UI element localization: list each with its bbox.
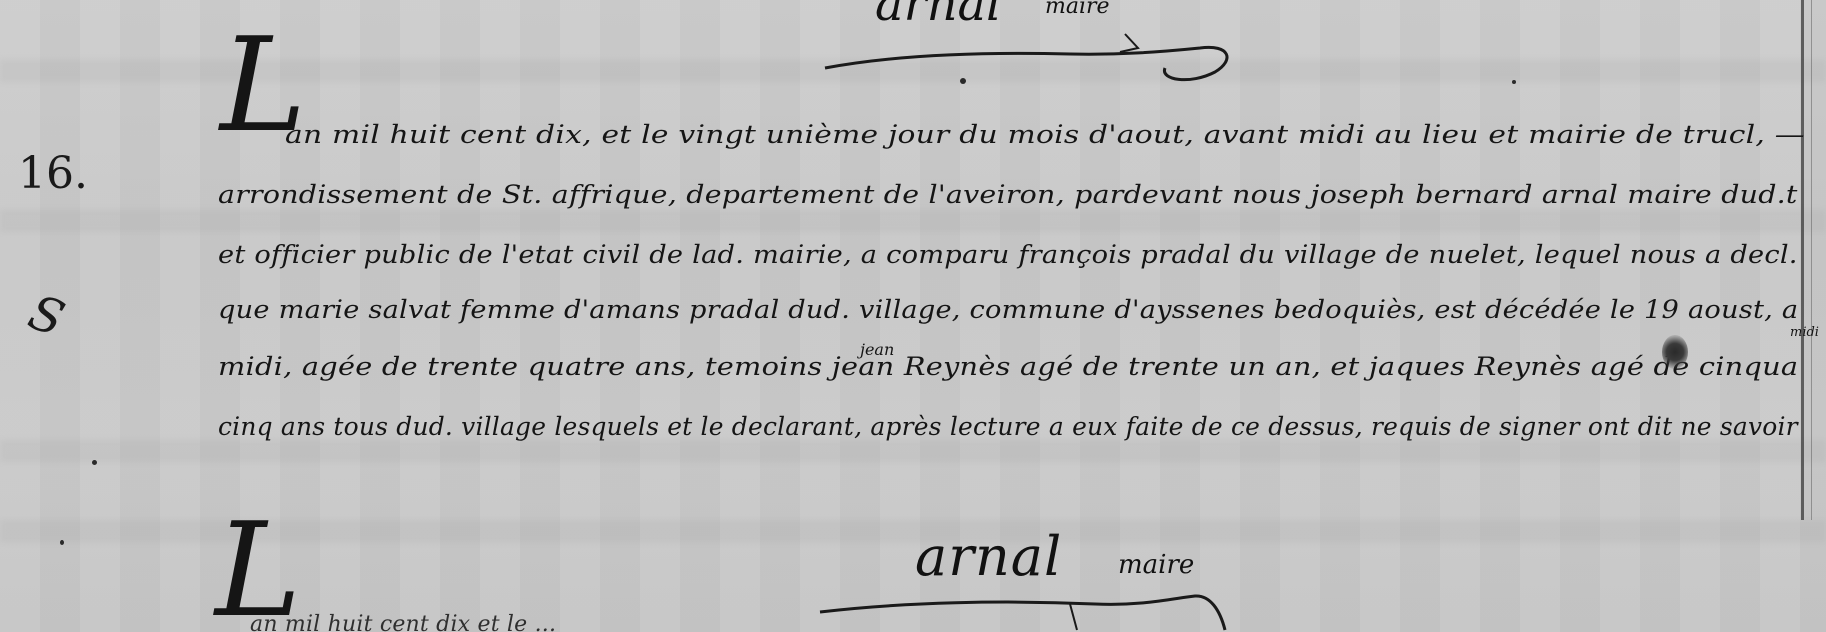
ink-mark bbox=[960, 78, 966, 84]
bleed-through bbox=[0, 440, 1826, 462]
interlinear-insertion: jean bbox=[860, 340, 894, 359]
signature-flourish-icon bbox=[820, 30, 1240, 90]
margin-mark: S bbox=[21, 284, 71, 348]
mayor-signature-title: maire bbox=[1118, 550, 1194, 580]
right-margin-rule bbox=[1801, 0, 1804, 520]
next-entry-partial-line: an mil huit cent dix et le ... bbox=[250, 612, 556, 632]
right-margin-rule-inner bbox=[1811, 0, 1812, 520]
ink-blot bbox=[1662, 335, 1688, 369]
record-line-2: arrondissement de St. affrique, departem… bbox=[218, 180, 1798, 209]
record-line-3: et officier public de l'etat civil de la… bbox=[218, 240, 1798, 269]
signature-flourish-icon bbox=[815, 590, 1235, 632]
bleed-through bbox=[0, 210, 1826, 232]
mayor-signature: arnal bbox=[915, 525, 1062, 588]
ink-mark bbox=[1512, 80, 1516, 84]
register-page: arnal maire 16. S L an mil huit cent dix… bbox=[0, 0, 1826, 632]
ink-mark bbox=[92, 460, 97, 465]
margin-note: midi bbox=[1790, 325, 1819, 340]
ink-mark bbox=[60, 540, 64, 545]
record-line-5: midi, agée de trente quatre ans, temoins… bbox=[218, 352, 1798, 381]
record-line-4: que marie salvat femme d'amans pradal du… bbox=[218, 295, 1798, 324]
previous-entry-signature: arnal bbox=[875, 0, 1001, 32]
previous-entry-signature-title: maire bbox=[1045, 0, 1110, 19]
entry-number: 16. bbox=[18, 148, 88, 199]
record-line-6: cinq ans tous dud. village lesquels et l… bbox=[218, 412, 1798, 441]
record-line-1: an mil huit cent dix, et le vingt unième… bbox=[285, 120, 1805, 149]
